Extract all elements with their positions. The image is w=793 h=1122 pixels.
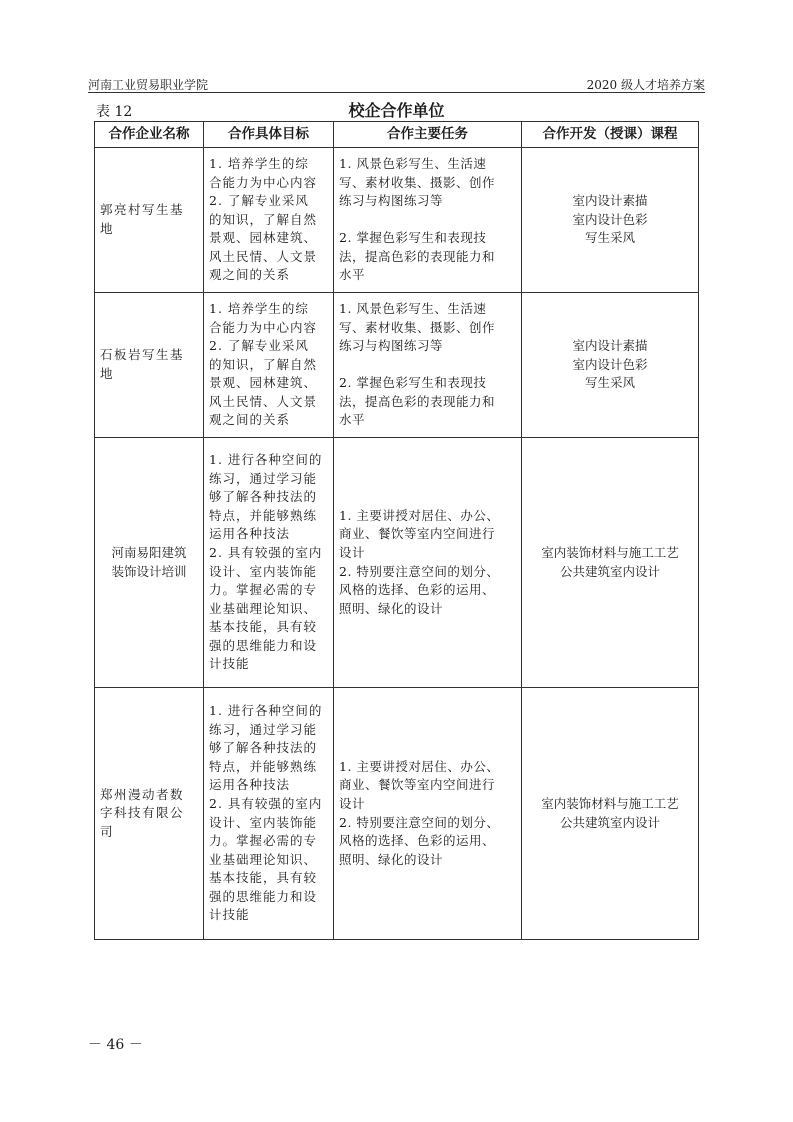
tasks-cell: 1. 风景色彩写生、生活速 写、素材收集、摄影、创作 练习与构图练习等 2. 掌…	[334, 293, 522, 438]
column-header-company: 合作企业名称	[95, 122, 204, 148]
text-line: 2. 了解专业采风	[209, 337, 328, 356]
text-line: 1. 进行各种空间的	[209, 451, 328, 470]
text-line: 字科技有限公	[100, 804, 198, 823]
running-header: 河南工业贸易职业学院 2020 级人才培养方案	[88, 74, 705, 93]
courses-cell: 室内设计素描 室内设计色彩 写生采风	[522, 293, 699, 438]
text-line: 风格的选择、色彩的运用、	[339, 832, 516, 851]
text-line: 2. 掌握色彩写生和表现技	[339, 374, 516, 393]
text-line: 水平	[339, 411, 516, 430]
table-row: 郭亮村写生基 地 1. 培养学生的综 合能力为中心内容 2. 了解专业采风 的知…	[95, 148, 699, 293]
text-line: 运用各种技法	[209, 776, 328, 795]
text-line: 业基础理论知识、	[209, 600, 328, 619]
text-line: 运用各种技法	[209, 525, 328, 544]
text-line: 公共建筑室内设计	[527, 814, 693, 833]
text-line: 风土民情、人文景	[209, 248, 328, 267]
text-line: 装饰设计培训	[100, 563, 198, 582]
header-institution: 河南工业贸易职业学院	[88, 76, 208, 93]
text-line: 特点，并能够熟练	[209, 758, 328, 777]
text-line: 石板岩写生基	[100, 346, 198, 365]
text-line: 商业、餐饮等室内空间进行	[339, 776, 516, 795]
column-header-goals: 合作具体目标	[204, 122, 334, 148]
text-line: 强的思维能力和设	[209, 637, 328, 656]
table-row: 郑州漫动者数 字科技有限公 司 1. 进行各种空间的 练习，通过学习能 够了解各…	[95, 688, 699, 940]
courses-cell: 室内设计素描 室内设计色彩 写生采风	[522, 148, 699, 293]
text-line: 风格的选择、色彩的运用、	[339, 581, 516, 600]
text-line: 1. 培养学生的综	[209, 155, 328, 174]
text-line: 室内设计素描	[527, 337, 693, 356]
table-title: 校企合作单位	[0, 98, 793, 121]
text-line: 室内装饰材料与施工工艺	[527, 544, 693, 563]
text-line: 设计	[339, 795, 516, 814]
tasks-cell: 1. 主要讲授对居住、办公、 商业、餐饮等室内空间进行 设计 2. 特别要注意空…	[334, 438, 522, 688]
text-line: 照明、绿化的设计	[339, 851, 516, 870]
text-line: 室内设计色彩	[527, 211, 693, 230]
courses-cell: 室内装饰材料与施工工艺 公共建筑室内设计	[522, 438, 699, 688]
text-line: 室内设计素描	[527, 192, 693, 211]
text-line: 郑州漫动者数	[100, 786, 198, 805]
text-line: 基本技能，具有较	[209, 869, 328, 888]
text-line: 练习，通过学习能	[209, 721, 328, 740]
text-line: 室内设计色彩	[527, 356, 693, 375]
table-row: 石板岩写生基 地 1. 培养学生的综 合能力为中心内容 2. 了解专业采风 的知…	[95, 293, 699, 438]
cooperation-table: 合作企业名称 合作具体目标 合作主要任务 合作开发（授课）课程 郭亮村写生基 地…	[94, 121, 699, 940]
text-line: 合能力为中心内容	[209, 174, 328, 193]
column-header-tasks: 合作主要任务	[334, 122, 522, 148]
text-line: 够了解各种技法的	[209, 739, 328, 758]
tasks-cell: 1. 主要讲授对居住、办公、 商业、餐饮等室内空间进行 设计 2. 特别要注意空…	[334, 688, 522, 940]
text-line: 1. 主要讲授对居住、办公、	[339, 507, 516, 526]
text-line: 观之间的关系	[209, 266, 328, 285]
text-line: 的知识，了解自然	[209, 356, 328, 375]
text-line: 司	[100, 823, 198, 842]
text-line: 河南易阳建筑	[100, 544, 198, 563]
text-line: 力。掌握必需的专	[209, 581, 328, 600]
text-line: 写、素材收集、摄影、创作	[339, 174, 516, 193]
text-line: 法，提高色彩的表现能力和	[339, 248, 516, 267]
text-line: 照明、绿化的设计	[339, 600, 516, 619]
goals-cell: 1. 进行各种空间的 练习，通过学习能 够了解各种技法的 特点，并能够熟练 运用…	[204, 438, 334, 688]
text-line: 写生采风	[527, 374, 693, 393]
text-line: 2. 具有较强的室内	[209, 795, 328, 814]
text-line: 地	[100, 220, 198, 239]
text-line: 景观、园林建筑、	[209, 229, 328, 248]
text-line: 力。掌握必需的专	[209, 832, 328, 851]
text-line: 水平	[339, 266, 516, 285]
table-header-row: 合作企业名称 合作具体目标 合作主要任务 合作开发（授课）课程	[95, 122, 699, 148]
tasks-cell: 1. 风景色彩写生、生活速 写、素材收集、摄影、创作 练习与构图练习等 2. 掌…	[334, 148, 522, 293]
text-line: 2. 了解专业采风	[209, 192, 328, 211]
text-line: 商业、餐饮等室内空间进行	[339, 525, 516, 544]
courses-cell: 室内装饰材料与施工工艺 公共建筑室内设计	[522, 688, 699, 940]
column-header-courses: 合作开发（授课）课程	[522, 122, 699, 148]
text-line: 郭亮村写生基	[100, 201, 198, 220]
text-line: 特点，并能够熟练	[209, 507, 328, 526]
text-line: 2. 特别要注意空间的划分、	[339, 563, 516, 582]
text-line: 景观、园林建筑、	[209, 374, 328, 393]
text-line: 观之间的关系	[209, 411, 328, 430]
company-cell: 石板岩写生基 地	[95, 293, 204, 438]
text-line: 室内装饰材料与施工工艺	[527, 795, 693, 814]
text-line: 计技能	[209, 655, 328, 674]
text-line: 基本技能，具有较	[209, 618, 328, 637]
text-line: 1. 培养学生的综	[209, 300, 328, 319]
text-line: 1. 风景色彩写生、生活速	[339, 155, 516, 174]
company-cell: 郭亮村写生基 地	[95, 148, 204, 293]
text-line: 2. 特别要注意空间的划分、	[339, 814, 516, 833]
text-line: 1. 主要讲授对居住、办公、	[339, 758, 516, 777]
text-line: 2. 掌握色彩写生和表现技	[339, 229, 516, 248]
text-line: 设计、室内装饰能	[209, 563, 328, 582]
text-line: 写、素材收集、摄影、创作	[339, 319, 516, 338]
company-cell: 郑州漫动者数 字科技有限公 司	[95, 688, 204, 940]
text-line: 设计	[339, 544, 516, 563]
goals-cell: 1. 培养学生的综 合能力为中心内容 2. 了解专业采风 的知识，了解自然 景观…	[204, 293, 334, 438]
goals-cell: 1. 进行各种空间的 练习，通过学习能 够了解各种技法的 特点，并能够熟练 运用…	[204, 688, 334, 940]
text-line: 1. 进行各种空间的	[209, 702, 328, 721]
text-line: 练习与构图练习等	[339, 337, 516, 356]
text-line: 练习，通过学习能	[209, 470, 328, 489]
text-line: 2. 具有较强的室内	[209, 544, 328, 563]
spacer	[339, 211, 516, 230]
text-line: 业基础理论知识、	[209, 851, 328, 870]
table-row: 河南易阳建筑 装饰设计培训 1. 进行各种空间的 练习，通过学习能 够了解各种技…	[95, 438, 699, 688]
text-line: 够了解各种技法的	[209, 488, 328, 507]
page-number: － 46 －	[88, 1034, 143, 1054]
text-line: 风土民情、人文景	[209, 393, 328, 412]
text-line: 的知识，了解自然	[209, 211, 328, 230]
header-document-title: 2020 级人才培养方案	[587, 76, 705, 93]
text-line: 法，提高色彩的表现能力和	[339, 393, 516, 412]
text-line: 公共建筑室内设计	[527, 563, 693, 582]
text-line: 练习与构图练习等	[339, 192, 516, 211]
text-line: 合能力为中心内容	[209, 319, 328, 338]
text-line: 写生采风	[527, 229, 693, 248]
company-cell: 河南易阳建筑 装饰设计培训	[95, 438, 204, 688]
spacer	[339, 356, 516, 375]
text-line: 强的思维能力和设	[209, 888, 328, 907]
text-line: 1. 风景色彩写生、生活速	[339, 300, 516, 319]
text-line: 计技能	[209, 906, 328, 925]
text-line: 地	[100, 365, 198, 384]
text-line: 设计、室内装饰能	[209, 814, 328, 833]
goals-cell: 1. 培养学生的综 合能力为中心内容 2. 了解专业采风 的知识，了解自然 景观…	[204, 148, 334, 293]
